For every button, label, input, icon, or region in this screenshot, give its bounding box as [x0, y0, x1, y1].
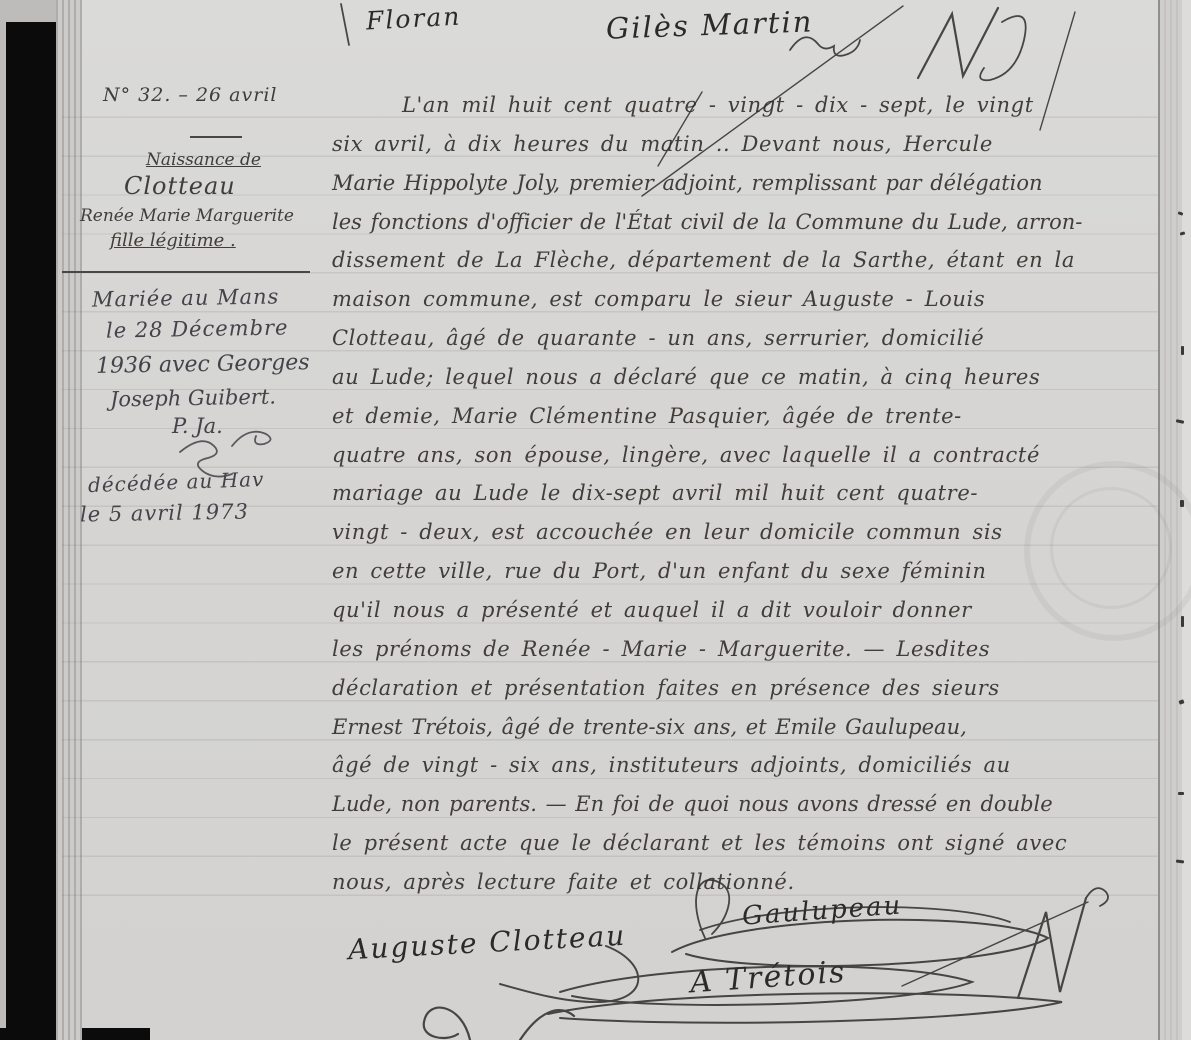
header-signature-right: Gilès Martin	[605, 4, 813, 45]
stray-stroke	[341, 4, 349, 45]
act-body-line: dissement de La Flèche, département de l…	[332, 241, 1188, 280]
act-body-line: les fonctions d'officier de l'État civil…	[332, 203, 1188, 242]
act-body-line: Ernest Trétois, âgé de trente-six ans, e…	[332, 708, 1188, 747]
act-body-line: Marie Hippolyte Joly, premier adjoint, r…	[332, 164, 1188, 203]
act-number: N° 32. – 26 avril	[103, 84, 277, 106]
act-body-line: en cette ville, rue du Port, d'un enfant…	[332, 552, 1188, 591]
header-signature-left: Floran	[365, 2, 462, 36]
death-note-line-2: le 5 avril 1973	[80, 500, 249, 527]
martin-tail-flourish	[790, 37, 860, 56]
act-body-line: maison commune, est comparu le sieur Aug…	[332, 280, 1188, 319]
act-body-line: au Lude; lequel nous a déclaré que ce ma…	[332, 358, 1188, 397]
header-paraph-hook	[980, 16, 1026, 80]
act-body-line: Clotteau, âgé de quarante - un ans, serr…	[332, 319, 1188, 358]
officer-paraph-zigzag	[1018, 898, 1086, 998]
signature-clotteau: Auguste Clotteau	[347, 919, 627, 967]
marriage-note-line-3: 1936 avec Georges	[96, 350, 310, 379]
register-page-scan: Floran Gilès Martin N° 32. – 26 avril Na…	[0, 0, 1191, 1040]
filiation-note: fille légitime .	[110, 230, 236, 251]
edge-ink-mark	[1178, 792, 1184, 795]
margin-separator-line	[62, 271, 310, 273]
act-body-line: mariage au Lude le dix-sept avril mil hu…	[332, 474, 1188, 513]
tretois-to-paraph-stroke	[902, 902, 1088, 986]
scan-black-border	[6, 22, 56, 1040]
record-type-label: Naissance de	[146, 150, 261, 170]
act-body-line: les prénoms de Renée - Marie - Marguerit…	[332, 630, 1188, 669]
edge-ink-mark	[1180, 500, 1184, 507]
act-body-line: âgé de vingt - six ans, instituteurs adj…	[332, 746, 1188, 785]
act-body-line: quatre ans, son épouse, lingère, avec la…	[332, 436, 1188, 475]
act-body-line: déclaration et présentation faites en pr…	[332, 669, 1188, 708]
edge-ink-mark	[1181, 616, 1184, 627]
bottom-partial-signature-stroke	[520, 1010, 574, 1040]
act-body-line: qu'il nous a présenté et auquel il a dit…	[332, 591, 1188, 630]
marriage-note-line-2: le 28 Décembre	[106, 315, 289, 342]
header-paraph-zigzag	[918, 8, 998, 78]
act-body: L'an mil huit cent quatre - vingt - dix …	[332, 86, 1188, 902]
tretois-oval-lower	[548, 993, 1062, 1022]
edge-ink-mark	[1181, 346, 1184, 355]
act-body-line: six avril, à dix heures du matin .. Deva…	[332, 125, 1188, 164]
margin-dash	[190, 136, 242, 138]
bottom-partial-signature-loop	[424, 1008, 470, 1040]
act-body-line: L'an mil huit cent quatre - vingt - dix …	[332, 86, 1188, 125]
marriage-note-initials: P. Ja.	[172, 414, 223, 438]
act-body-line: le présent acte que le déclarant et les …	[332, 824, 1188, 863]
act-body-line: nous, après lecture faite et collationné…	[332, 863, 1188, 902]
act-body-line: vingt - deux, est accouchée en leur domi…	[332, 513, 1188, 552]
child-given-names: Renée Marie Marguerite	[80, 206, 294, 226]
marriage-note-line-1: Mariée au Mans	[92, 284, 280, 311]
marriage-note-line-4: Joseph Guibert.	[110, 385, 276, 412]
child-surname: Clotteau	[124, 172, 236, 200]
act-body-line: et demie, Marie Clémentine Pasquier, âgé…	[332, 397, 1188, 436]
gaulupeau-oval	[672, 920, 1048, 966]
act-body-line: Lude, non parents. — En foi de quoi nous…	[332, 785, 1188, 824]
signature-tretois: A Trétois	[689, 955, 847, 1001]
